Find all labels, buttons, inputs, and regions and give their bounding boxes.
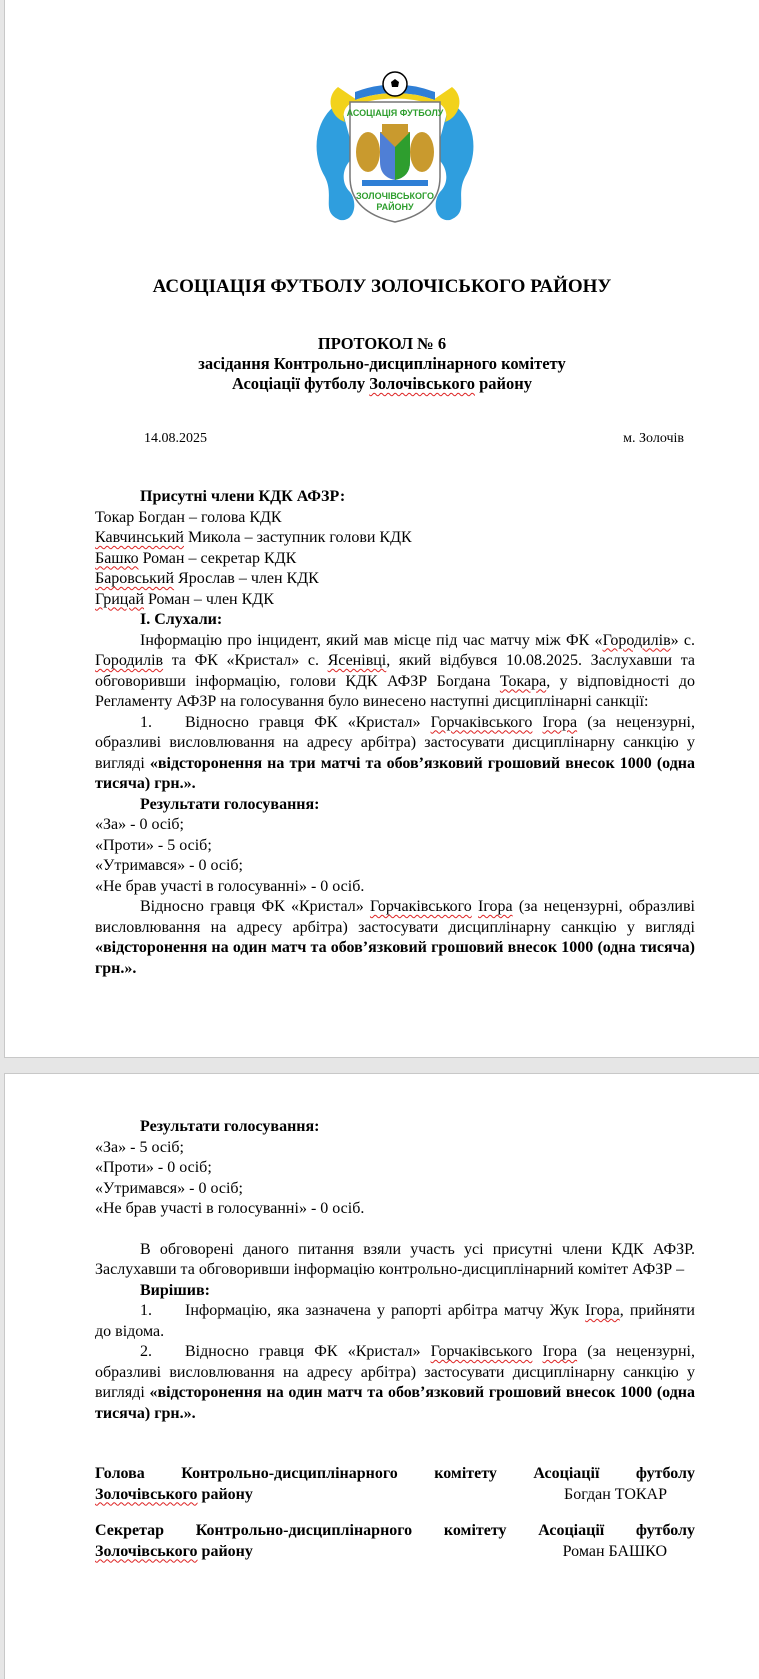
vote-result-item: «Проти» - 0 осіб; <box>95 1158 695 1179</box>
members-list: Токар Богдан – голова КДККавчинський Мик… <box>95 508 695 611</box>
logo-bottom-text-2: РАЙОНУ <box>376 201 414 212</box>
vote-result-item: «Не брав участі в голосуванні» - 0 осіб. <box>95 877 695 898</box>
vote-result-item: «За» - 5 осіб; <box>95 1138 695 1159</box>
vote-result-item: «За» - 0 осіб; <box>95 815 695 836</box>
vote2-heading: Результати голосування: <box>95 1117 695 1138</box>
protocol-header: ПРОТОКОЛ № 6 засідання Контрольно-дисцип… <box>5 334 759 394</box>
signature-secretary-title: Секретар Контрольно-дисциплінарного комі… <box>95 1521 695 1542</box>
member-item: Грицай Роман – член КДК <box>95 590 695 611</box>
organization-title: АСОЦІАЦІЯ ФУТБОЛУ ЗОЛОЧІСЬКОГО РАЙОНУ <box>5 276 759 298</box>
association-logo: АСОЦІАЦІЯ ФУТБОЛУ ЗОЛОЧІВСЬКОГО РАЙОНУ <box>310 62 480 227</box>
member-item: Башко Роман – секретар КДК <box>95 549 695 570</box>
logo-bottom-text-1: ЗОЛОЧІВСЬКОГО <box>356 191 434 201</box>
sanction-item-1: 1.Відносно гравця ФК «Кристал» Горчаківс… <box>95 713 695 795</box>
page2-body: Результати голосування: «За» - 5 осіб;«П… <box>95 1117 695 1562</box>
logo-top-text: АСОЦІАЦІЯ ФУТБОЛУ <box>347 108 444 118</box>
member-item: Баровський Ярослав – член КДК <box>95 569 695 590</box>
signature-chairman-title: Голова Контрольно-дисциплінарного коміте… <box>95 1464 695 1485</box>
heard-heading: І. Слухали: <box>95 610 695 631</box>
heard-intro: Інформацію про інцидент, який мав місце … <box>95 631 695 713</box>
vote2-results: «За» - 5 осіб;«Проти» - 0 осіб;«Утримавс… <box>95 1138 695 1220</box>
meeting-date: 14.08.2025 <box>144 431 207 447</box>
member-item: Кавчинський Микола – заступник голови КД… <box>95 528 695 549</box>
protocol-subtitle-2: Асоціації футболу Золочівського району <box>5 374 759 394</box>
protocol-subtitle-1: засідання Контрольно-дисциплінарного ком… <box>5 354 759 374</box>
decision-item-2: 2.Відносно гравця ФК «Кристал» Горчаківс… <box>95 1342 695 1424</box>
vote-result-item: «Утримався» - 0 осіб; <box>95 1179 695 1200</box>
signature-chairman-name: Богдан ТОКАР <box>564 1485 695 1506</box>
decided-heading: Вирішив: <box>95 1281 695 1302</box>
signature-chairman: Голова Контрольно-дисциплінарного коміте… <box>95 1464 695 1505</box>
members-heading: Присутні члени КДК АФЗР: <box>95 487 695 508</box>
signature-secretary-name: Роман БАШКО <box>563 1542 695 1563</box>
vote1-heading: Результати голосування: <box>95 795 695 816</box>
sanction-item-2: Відносно гравця ФК «Кристал» Горчаківськ… <box>95 897 695 979</box>
member-item: Токар Богдан – голова КДК <box>95 508 695 529</box>
vote1-results: «За» - 0 осіб;«Проти» - 5 осіб;«Утримавс… <box>95 815 695 897</box>
decision-item-1: 1.Інформацію, яка зазначена у рапорті ар… <box>95 1301 695 1342</box>
date-place-line: 14.08.2025 м. Золочів <box>144 431 684 447</box>
meeting-place: м. Золочів <box>623 431 684 447</box>
vote-result-item: «Утримався» - 0 осіб; <box>95 856 695 877</box>
vote-result-item: «Не брав участі в голосуванні» - 0 осіб. <box>95 1199 695 1220</box>
page1-body: Присутні члени КДК АФЗР: Токар Богдан – … <box>95 487 695 979</box>
signature-secretary: Секретар Контрольно-дисциплінарного комі… <box>95 1521 695 1562</box>
document-page-2: Результати голосування: «За» - 5 осіб;«П… <box>4 1073 759 1679</box>
vote-result-item: «Проти» - 5 осіб; <box>95 836 695 857</box>
protocol-title: ПРОТОКОЛ № 6 <box>5 334 759 354</box>
document-page-1: АСОЦІАЦІЯ ФУТБОЛУ ЗОЛОЧІВСЬКОГО РАЙОНУ А… <box>4 0 759 1058</box>
discussion-paragraph: В обговорені даного питання взяли участь… <box>95 1240 695 1281</box>
